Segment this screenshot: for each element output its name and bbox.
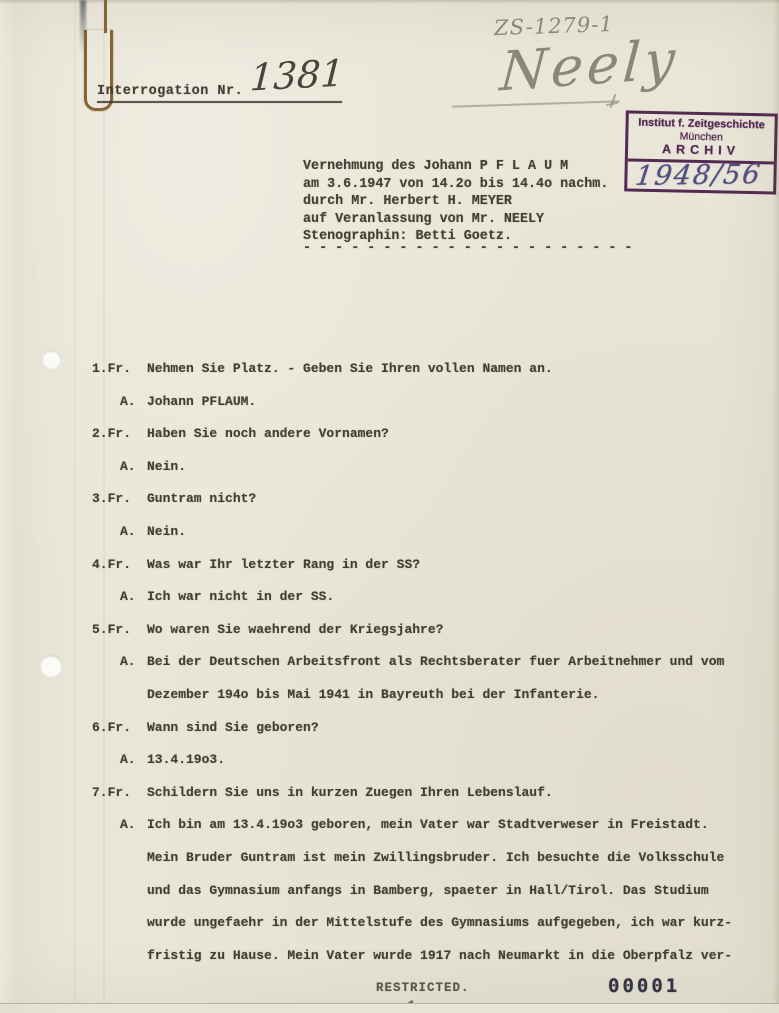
qa-line: 4.Fr.Was war Ihr letzter Rang in der SS?	[92, 557, 757, 573]
qa-line: A.Nein.	[92, 524, 757, 540]
qa-line: und das Gymnasium anfangs in Bamberg, sp…	[92, 883, 757, 899]
qa-line: A.Ich war nicht in der SS.	[92, 589, 757, 605]
qa-line: 6.Fr.Wann sind Sie geboren?	[92, 720, 757, 736]
punch-hole	[42, 350, 61, 369]
qa-line: wurde ungefaehr in der Mittelstufe des G…	[92, 915, 757, 931]
qa-number: 5.Fr.	[92, 622, 131, 637]
qa-number: A.	[120, 394, 136, 409]
title-underline	[97, 101, 342, 103]
qa-number: A.	[120, 654, 136, 669]
qa-number: A.	[120, 817, 136, 832]
qa-text: Bei der Deutschen Arbeitsfront als Recht…	[147, 654, 724, 669]
qa-number: 7.Fr.	[92, 785, 131, 800]
punch-hole	[40, 655, 62, 677]
footer-classification: RESTRICTED.	[376, 981, 470, 995]
stamp-institute-line: Institut f. Zeitgeschichte	[628, 113, 774, 132]
qa-text: Mein Bruder Guntram ist mein Zwillingsbr…	[147, 850, 724, 865]
qa-text: Nehmen Sie Platz. - Geben Sie Ihren voll…	[147, 361, 553, 376]
qa-text: fristig zu Hause. Mein Vater wurde 1917 …	[147, 948, 732, 963]
page-top-edge	[0, 0, 779, 4]
qa-text: Ich war nicht in der SS.	[147, 589, 334, 604]
qa-text: Ich bin am 13.4.19o3 geboren, mein Vater…	[147, 817, 709, 832]
qa-text: und das Gymnasium anfangs in Bamberg, sp…	[147, 883, 709, 898]
interrogation-label: Interrogation Nr.	[97, 84, 243, 99]
page-bottom-edge	[0, 1003, 779, 1013]
qa-number: 2.Fr.	[92, 426, 131, 441]
qa-text: Wann sind Sie geboren?	[147, 720, 319, 735]
qa-line: A.13.4.19o3.	[92, 752, 757, 768]
qa-number: 1.Fr.	[92, 361, 131, 376]
page-left-edge	[0, 0, 15, 1013]
qa-line: Mein Bruder Guntram ist mein Zwillingsbr…	[92, 850, 757, 866]
pencil-underline	[452, 100, 620, 107]
qa-number: A.	[120, 524, 136, 539]
qa-line: A.Johann PFLAUM.	[92, 394, 757, 410]
qa-text: Guntram nicht?	[147, 491, 256, 506]
qa-number: A.	[120, 459, 136, 474]
qa-number: 4.Fr.	[92, 557, 131, 572]
qa-line: A.Ich bin am 13.4.19o3 geboren, mein Vat…	[92, 817, 757, 833]
qa-line: 1.Fr.Nehmen Sie Platz. - Geben Sie Ihren…	[92, 361, 757, 377]
folio-stamp: 00001	[608, 975, 680, 997]
qa-text: Nein.	[147, 459, 186, 474]
qa-text: Haben Sie noch andere Vornamen?	[147, 426, 389, 441]
qa-line: 5.Fr.Wo waren Sie waehrend der Kriegsjah…	[92, 622, 757, 638]
header-line: durch Mr. Herbert H. MEYER	[303, 194, 512, 210]
qa-line: A.Nein.	[92, 459, 757, 475]
qa-line: fristig zu Hause. Mein Vater wurde 1917 …	[92, 948, 757, 964]
header-line: auf Veranlassung von Mr. NEELY	[303, 212, 544, 228]
qa-number: 6.Fr.	[92, 720, 131, 735]
qa-line: Dezember 194o bis Mai 1941 in Bayreuth b…	[92, 687, 757, 703]
qa-text: wurde ungefaehr in der Mittelstufe des G…	[147, 915, 732, 930]
header-line: Vernehmung des Johann P F L A U M	[303, 159, 568, 175]
divider-dashes: - - - - - - - - - - - - - - - - - - - - …	[303, 241, 632, 257]
qa-text: Schildern Sie uns in kurzen Zuegen Ihren…	[147, 785, 553, 800]
qa-line: A.Bei der Deutschen Arbeitsfront als Rec…	[92, 654, 757, 670]
qa-number: A.	[120, 752, 136, 767]
qa-number: 3.Fr.	[92, 491, 131, 506]
qa-text: Wo waren Sie waehrend der Kriegsjahre?	[147, 622, 443, 637]
qa-text: 13.4.19o3.	[147, 752, 225, 767]
archive-stamp: Institut f. Zeitgeschichte München ARCHI…	[624, 110, 778, 194]
paper-crease	[74, 0, 76, 1013]
signature-handwritten: Neely	[498, 28, 681, 104]
stamp-number-handwritten: 1948/56	[634, 159, 764, 192]
qa-line: 7.Fr.Schildern Sie uns in kurzen Zuegen …	[92, 785, 757, 801]
qa-line: 2.Fr.Haben Sie noch andere Vornamen?	[92, 426, 757, 442]
qa-line: 3.Fr.Guntram nicht?	[92, 491, 757, 507]
header-line: am 3.6.1947 von 14.2o bis 14.4o nachm.	[303, 177, 608, 193]
qa-text: Dezember 194o bis Mai 1941 in Bayreuth b…	[147, 687, 599, 702]
qa-number: A.	[120, 589, 136, 604]
qa-text: Nein.	[147, 524, 186, 539]
stamp-number-box: 1948/56	[627, 161, 774, 191]
qa-text: Johann PFLAUM.	[147, 394, 256, 409]
paperclip-icon	[104, 0, 107, 33]
qa-text: Was war Ihr letzter Rang in der SS?	[147, 557, 420, 572]
interrogation-number-handwritten: 1381	[249, 51, 345, 99]
document-page: Interrogation Nr. 1381 ZS-1279-1 Neely I…	[0, 0, 779, 1013]
